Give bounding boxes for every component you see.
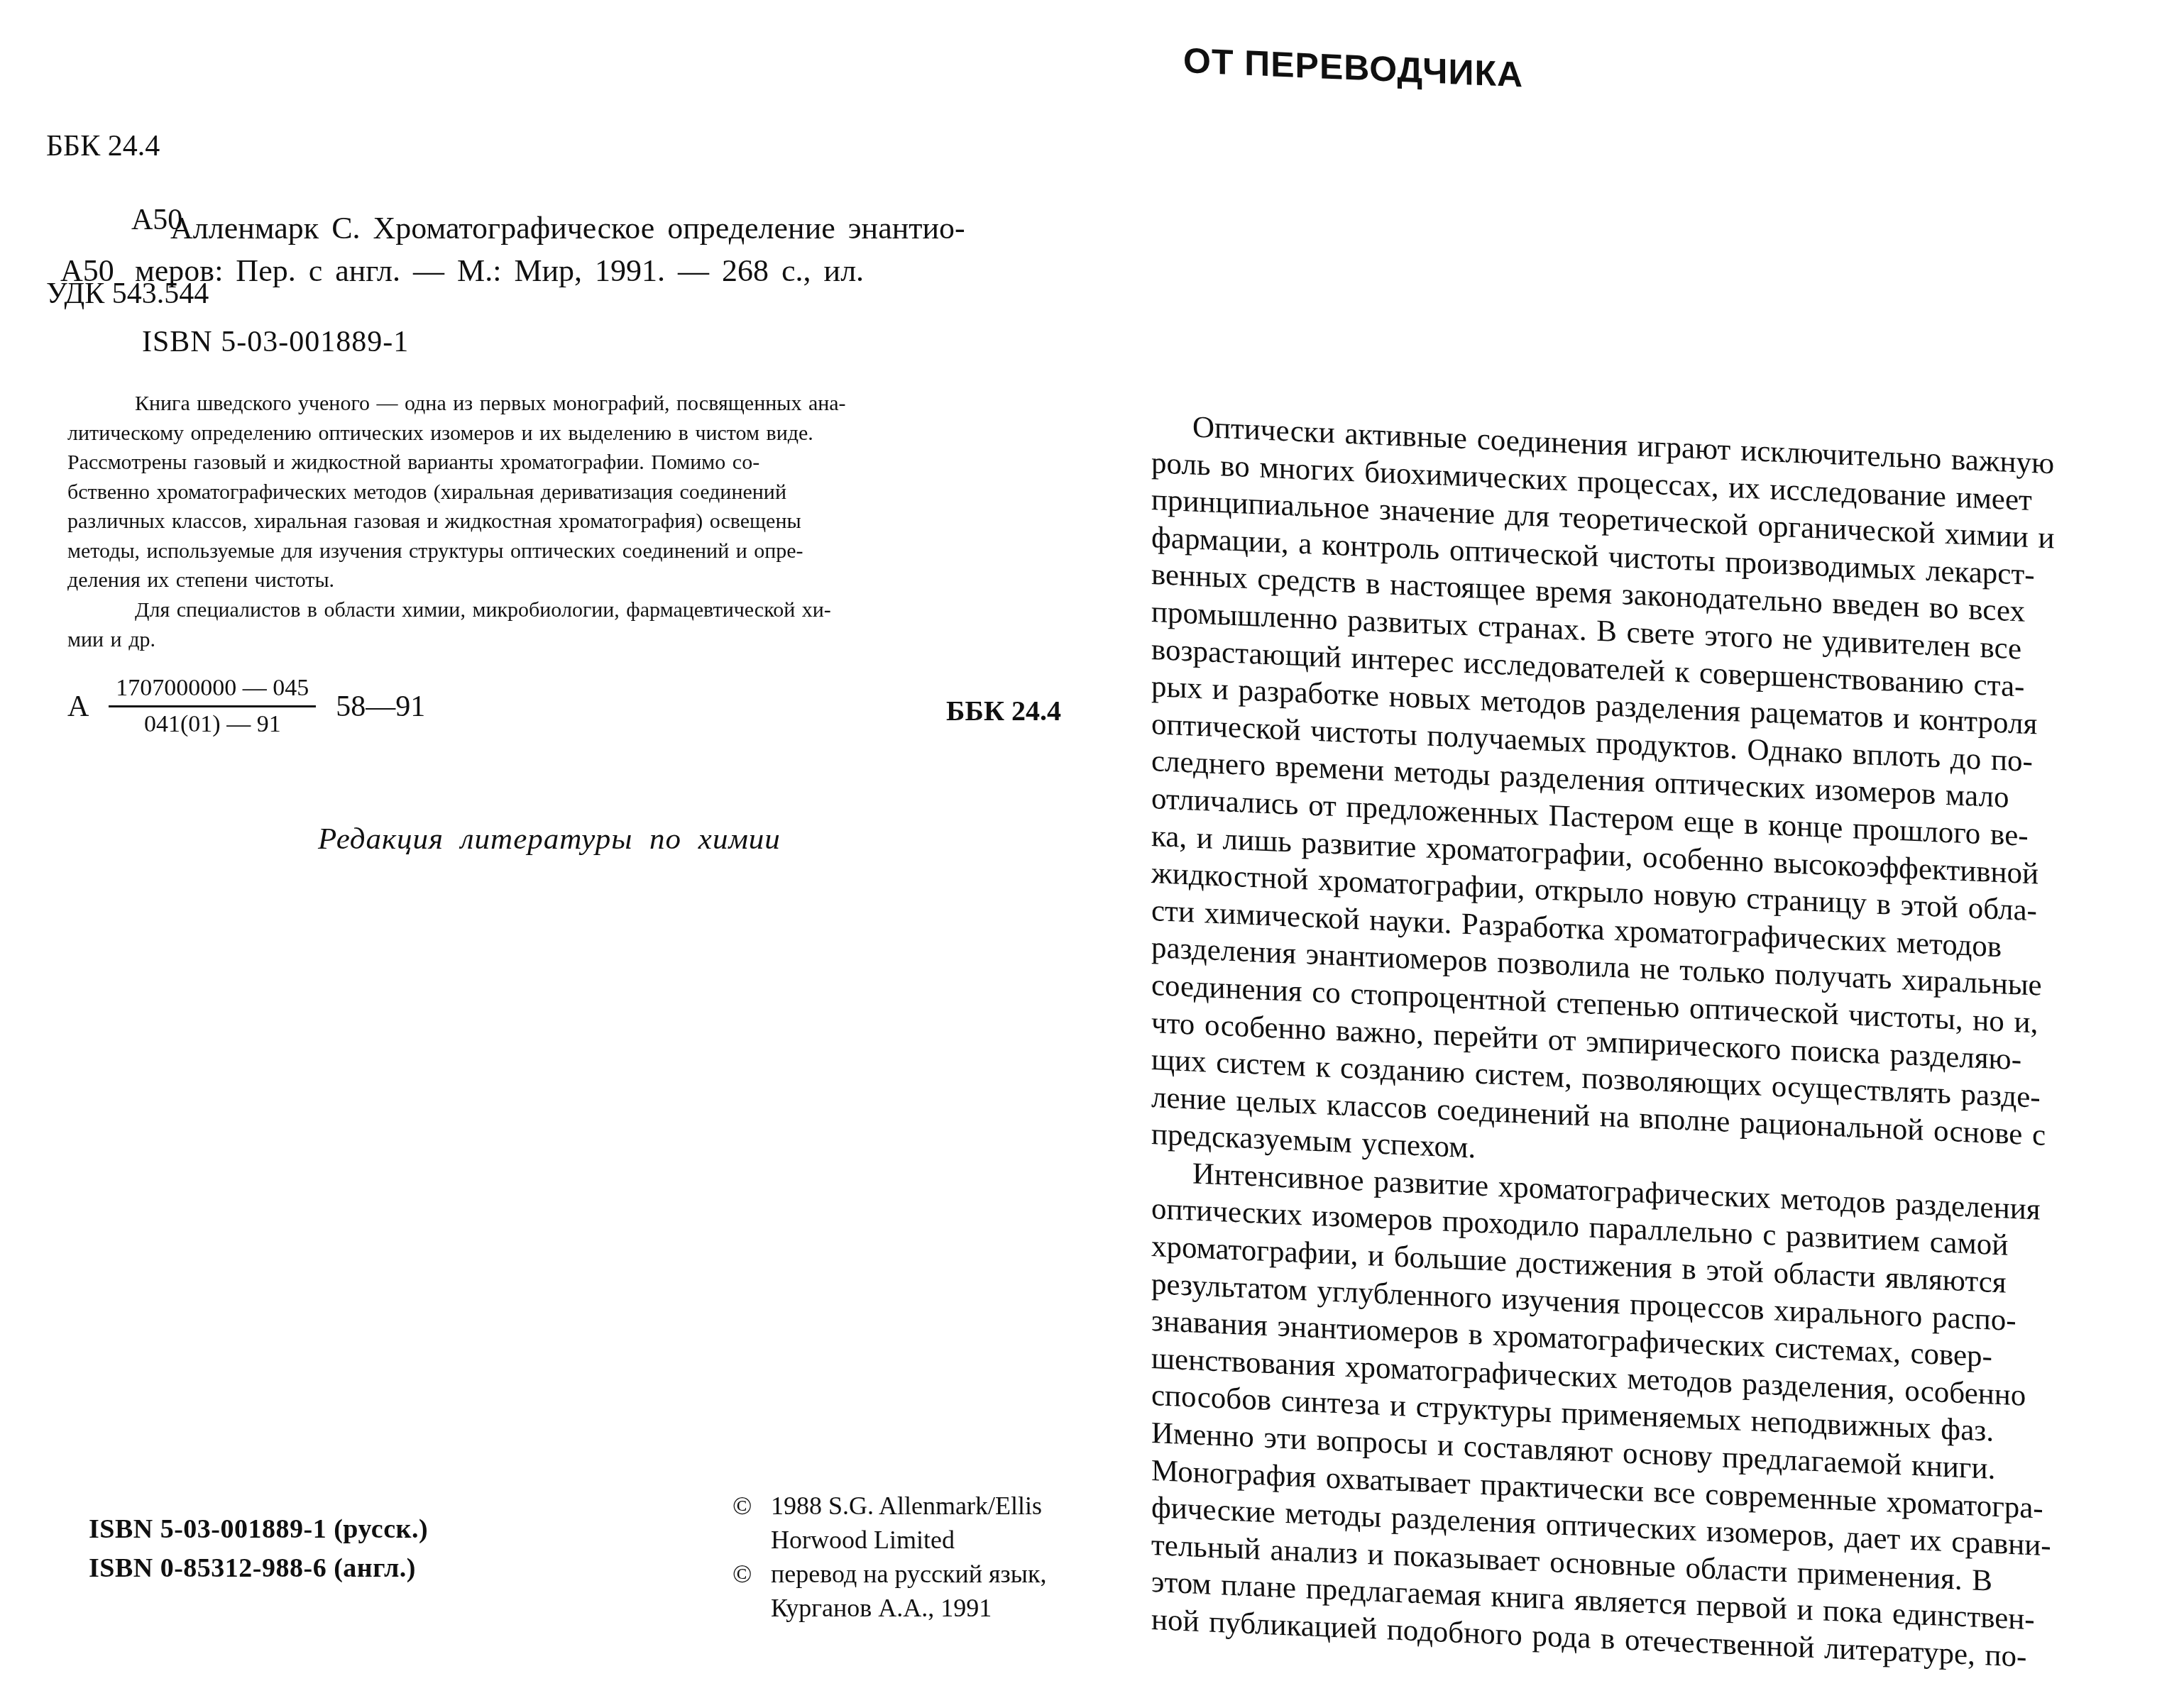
annotation-text: Книга шведского ученого — одна из первых… bbox=[67, 389, 1082, 595]
catalog-prefix: А bbox=[67, 690, 89, 724]
catalog-formula: А 1707000000 — 045 041(01) — 91 58—91 bbox=[67, 673, 1082, 740]
page-title: ОТ ПЕРЕВОДЧИКА bbox=[1183, 40, 2184, 124]
catalog-suffix: 58—91 bbox=[336, 690, 425, 724]
isbn-main: ISBN 5-03-001889-1 bbox=[142, 325, 409, 359]
copyright-text: 1988 S.G. Allenmark/Ellis Horwood Limite… bbox=[771, 1489, 1042, 1557]
copyright-item: © перевод на русский язык, Курганов А.А.… bbox=[732, 1557, 1046, 1625]
copyright-icon: © bbox=[732, 1489, 771, 1523]
preface-paragraph-2: Интенсивное развитие хроматографических … bbox=[1151, 1154, 2177, 1683]
copyright-text: перевод на русский язык, Курганов А.А., … bbox=[771, 1557, 1046, 1625]
entry-author-mark: А50 bbox=[60, 250, 135, 292]
entry-imprint: меров: Пер. с англ. — М.: Мир, 1991. — 2… bbox=[135, 253, 864, 288]
catalog-index: А 1707000000 — 045 041(01) — 91 58—91 ББ… bbox=[67, 673, 1082, 758]
editorial-line: Редакция литературы по химии bbox=[318, 822, 781, 856]
bbk-code: ББК 24.4 bbox=[46, 128, 209, 165]
isbn-list: ISBN 5-03-001889-1 (русск.) ISBN 0-85312… bbox=[89, 1510, 428, 1588]
audience-text: Для специалистов в области химии, микроб… bbox=[67, 595, 1082, 654]
imprint-page: ББК 24.4 А50 УДК 543.544 Алленмарк С. Хр… bbox=[0, 0, 1121, 1703]
catalog-numerator: 1707000000 — 045 bbox=[109, 673, 316, 707]
entry-second-line: А50меров: Пер. с англ. — М.: Мир, 1991. … bbox=[60, 250, 1125, 292]
copyright-block: © 1988 S.G. Allenmark/Ellis Horwood Limi… bbox=[732, 1489, 1046, 1625]
catalog-denominator: 041(01) — 91 bbox=[109, 707, 316, 740]
copyright-item: © 1988 S.G. Allenmark/Ellis Horwood Limi… bbox=[732, 1489, 1046, 1557]
preface-paragraph-1: Оптически активные соединения играют иск… bbox=[1151, 407, 2177, 1198]
copyright-icon: © bbox=[732, 1557, 771, 1591]
catalog-fraction: 1707000000 — 045 041(01) — 91 bbox=[109, 673, 316, 740]
entry-title-line: Алленмарк С. Хроматографическое определе… bbox=[60, 207, 1125, 250]
book-spread: ББК 24.4 А50 УДК 543.544 Алленмарк С. Хр… bbox=[0, 0, 2184, 1703]
bibliographic-entry: Алленмарк С. Хроматографическое определе… bbox=[60, 207, 1125, 292]
bbk-code-right: ББК 24.4 bbox=[946, 694, 1061, 727]
translator-preface-page: ОТ ПЕРЕВОДЧИКА Оптически активные соедин… bbox=[1151, 28, 2184, 1683]
